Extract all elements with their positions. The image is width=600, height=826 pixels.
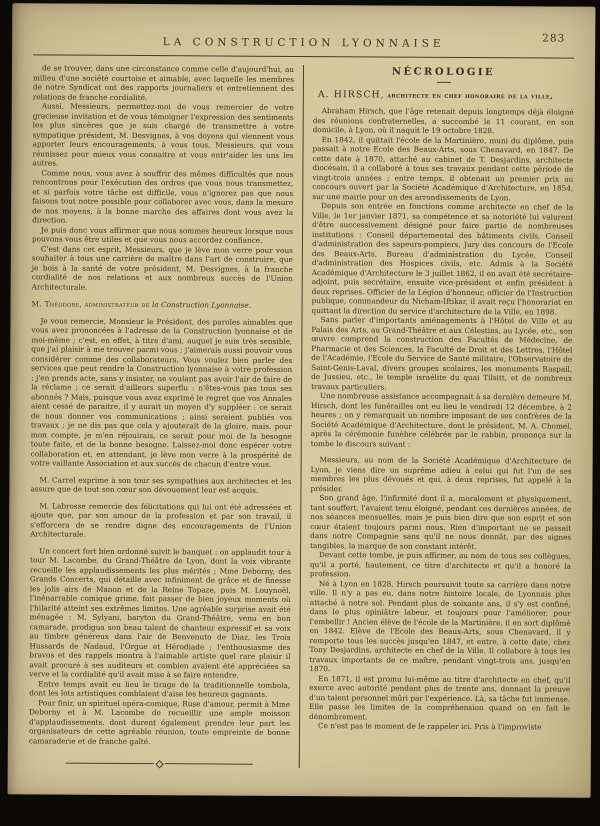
left-paragraphs-bottom: Je vous remercie, Monsieur le Président,… [29, 316, 293, 747]
left-column: de se trouver, dans une circonstance com… [29, 63, 303, 767]
paragraph: C'est dans cet esprit, Messieurs, que je… [32, 244, 293, 293]
right-paragraphs: Abraham Hirsch, que l'âge retenait depui… [309, 106, 574, 732]
paragraph: Entre temps avait eu lieu le tirage de l… [29, 679, 290, 700]
section-heading-theodore: M. Théodore, administrateur de la Constr… [32, 299, 293, 310]
paragraph: En 1842, il quittait l'école de la Marti… [312, 135, 573, 203]
obituary-name: A. HIRSCH, [318, 89, 385, 100]
paragraph: Ce n'est pas le moment de le rappeler ic… [309, 721, 570, 732]
paragraph: Pour finir, un spirituel opéra-comique, … [29, 698, 290, 747]
paragraph: Devant cette tombe, je puis affirmer, au… [310, 550, 571, 580]
ornament-diamond-icon [155, 760, 163, 768]
paragraph: Aussi, Messieurs, permettez-moi de vous … [32, 101, 293, 169]
end-of-article-ornament [29, 760, 290, 767]
paragraph: de se trouver, dans une circonstance com… [33, 63, 294, 103]
masthead-title: LA CONSTRUCTION LYONNAISE [163, 36, 445, 50]
section-heading-italic: la Construction Lyonnaise. [152, 300, 251, 310]
paragraph: Un concert fort bien ordonné suivit le b… [29, 546, 291, 681]
ornament-line-left [66, 763, 154, 765]
paragraph: Je vous remercie, Monsieur le Président,… [31, 316, 293, 470]
necrologie-title: NÉCROLOGIE [313, 66, 574, 79]
header-rule [33, 54, 574, 58]
title-dash-rule [436, 82, 450, 83]
newspaper-page: LA CONSTRUCTION LYONNAISE 283 de se trou… [8, 3, 596, 798]
paragraph: Messieurs, au nom de la Société Académiq… [310, 455, 571, 495]
obituary-heading: A. HIRSCH, architecte en chef honoraire … [313, 89, 574, 102]
left-paragraphs-top: de se trouver, dans une circonstance com… [32, 63, 294, 293]
paragraph: Son grand âge, l'infirmité dont il a, mo… [310, 493, 571, 552]
paragraph: Comme nous, vous avez à souffrir des mêm… [32, 168, 293, 227]
right-column: NÉCROLOGIE A. HIRSCH, architecte en chef… [300, 65, 574, 769]
paragraph: Né à Lyon en 1828, Hirsch poursuivit tou… [309, 579, 571, 676]
section-heading-smallcaps: M. Théodore, administrateur de [32, 299, 150, 309]
obituary-role: architecte en chef honoraire de la ville… [387, 91, 553, 101]
ornament-line-right [165, 763, 253, 765]
page-number: 283 [542, 32, 565, 44]
two-column-layout: de se trouver, dans une circonstance com… [29, 63, 574, 769]
paragraph: M. Carrel exprime à son tour ses sympath… [30, 475, 291, 496]
page-header: LA CONSTRUCTION LYONNAISE 283 [12, 3, 595, 52]
paragraph: En 1871, il est promu lui-même au titre … [309, 674, 570, 723]
paragraph: Je puis donc vous affirmer que nous somm… [32, 225, 293, 246]
paragraph: Depuis son entrée en fonctions comme arc… [312, 201, 574, 317]
paragraph: Abraham Hirsch, que l'âge retenait depui… [313, 106, 574, 136]
paragraph: Sans parler d'importants aménagements à … [311, 315, 572, 393]
paragraph: M. Labrosse remercie des félicitations q… [30, 501, 291, 541]
scanned-page-background: { "header": { "title": "LA CONSTRUCTION … [0, 0, 600, 826]
paragraph: Une nombreuse assistance accompagnait à … [311, 391, 572, 450]
